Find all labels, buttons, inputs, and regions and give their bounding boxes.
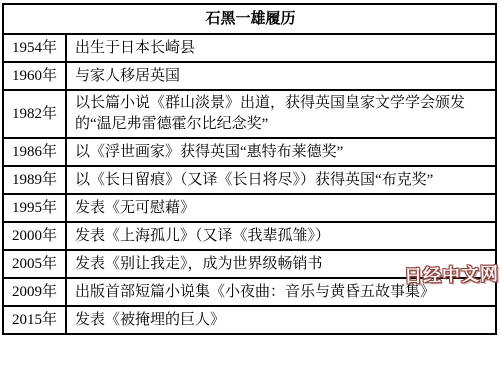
site-watermark: 日经中文网 bbox=[404, 260, 500, 288]
table-row: 1986年 以《浮世画家》获得英国“惠特布莱德奖” bbox=[3, 138, 496, 166]
event-cell: 发表《被掩埋的巨人》 bbox=[66, 306, 496, 334]
year-cell: 1960年 bbox=[3, 62, 66, 90]
year-cell: 2005年 bbox=[3, 250, 66, 278]
year-cell: 2000年 bbox=[3, 222, 66, 250]
year-cell: 1989年 bbox=[3, 166, 66, 194]
year-cell: 1995年 bbox=[3, 194, 66, 222]
event-cell: 出生于日本长崎县 bbox=[66, 34, 496, 62]
event-cell: 与家人移居英国 bbox=[66, 62, 496, 90]
table-row: 1960年 与家人移居英国 bbox=[3, 62, 496, 90]
table-row: 2000年 发表《上海孤儿》（又译《我辈孤雏》） bbox=[3, 222, 496, 250]
table-row: 1982年 以长篇小说《群山淡景》出道，获得英国皇家文学学会颁发的“温尼弗雷德霍… bbox=[3, 90, 496, 138]
event-cell: 以长篇小说《群山淡景》出道，获得英国皇家文学学会颁发的“温尼弗雷德霍尔比纪念奖” bbox=[66, 90, 496, 138]
year-cell: 2009年 bbox=[3, 278, 66, 306]
year-cell: 1986年 bbox=[3, 138, 66, 166]
year-cell: 1982年 bbox=[3, 90, 66, 138]
event-cell: 以《长日留痕》（又译《长日将尽》）获得英国“布克奖” bbox=[66, 166, 496, 194]
table-row: 1989年 以《长日留痕》（又译《长日将尽》）获得英国“布克奖” bbox=[3, 166, 496, 194]
table-figure: 石黑一雄履历 1954年 出生于日本长崎县 1960年 与家人移居英国 1982… bbox=[0, 0, 500, 372]
event-cell: 发表《无可慰藉》 bbox=[66, 194, 496, 222]
event-cell: 发表《上海孤儿》（又译《我辈孤雏》） bbox=[66, 222, 496, 250]
table-row: 2015年 发表《被掩埋的巨人》 bbox=[3, 306, 496, 334]
table-row: 1995年 发表《无可慰藉》 bbox=[3, 194, 496, 222]
year-cell: 2015年 bbox=[3, 306, 66, 334]
table-title: 石黑一雄履历 bbox=[3, 4, 496, 34]
table-title-row: 石黑一雄履历 bbox=[3, 4, 496, 34]
year-cell: 1954年 bbox=[3, 34, 66, 62]
event-cell: 以《浮世画家》获得英国“惠特布莱德奖” bbox=[66, 138, 496, 166]
table-row: 1954年 出生于日本长崎县 bbox=[3, 34, 496, 62]
